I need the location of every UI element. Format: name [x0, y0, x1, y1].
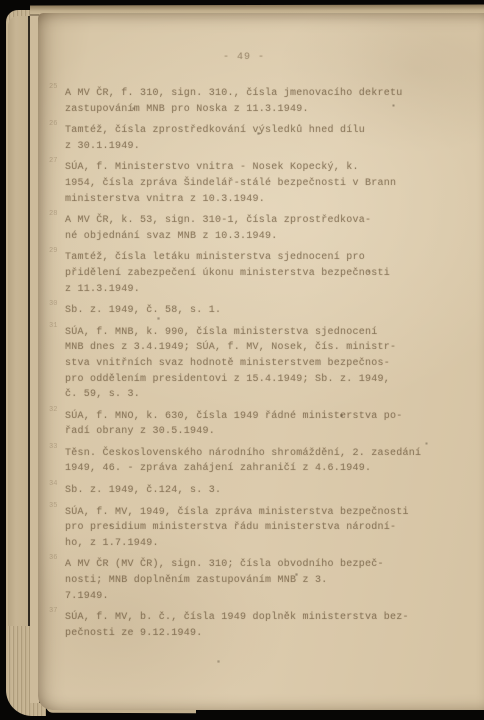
footnote-text: SÚA, f. MV, 1949, čísla zpráva ministers… [65, 505, 427, 552]
footnote-item: 35SÚA, f. MV, 1949, čísla zpráva ministe… [65, 505, 427, 552]
footnote-item: 34Sb. z. 1949, č.124, s. 3. [65, 483, 427, 499]
footnote-number: 28 [49, 210, 57, 218]
footnote-item: 28A MV ČR, k. 53, sign. 310-1, čísla zpr… [65, 213, 427, 244]
footnote-item: 27SÚA, f. Ministerstvo vnitra - Nosek Ko… [65, 160, 427, 207]
footnote-number: 32 [49, 406, 57, 414]
footnote-number: 29 [49, 247, 57, 255]
footnote-text: A MV ČR, f. 310, sign. 310., čísla jmeno… [65, 86, 427, 117]
footnote-text: Tamtéž, čísla letáku ministerstva sjedno… [65, 250, 427, 297]
footnote-item: 26Tamtéž, čísla zprostředkování výsledků… [65, 123, 427, 154]
footnote-item: 30Sb. z. 1949, č. 58, s. 1. [65, 303, 427, 319]
footnote-text: SÚA, f. Ministerstvo vnitra - Nosek Kope… [65, 160, 427, 207]
page-edge-strip [8, 16, 30, 626]
footnote-item: 25A MV ČR, f. 310, sign. 310., čísla jme… [65, 86, 427, 117]
footnote-text: A MV ČR, k. 53, sign. 310-1, čísla zpros… [65, 213, 427, 244]
footnote-text: Tamtéž, čísla zprostředkování výsledků h… [65, 123, 427, 154]
paper-dust-specks [38, 13, 39, 14]
footnote-number: 27 [49, 157, 57, 165]
footnote-text: Sb. z. 1949, č. 58, s. 1. [65, 303, 427, 319]
footnote-number: 34 [49, 480, 57, 488]
page-number: - 49 - [65, 52, 423, 63]
footnote-number: 31 [49, 322, 57, 330]
footnote-text: Těsn. Československého národního shromáž… [65, 446, 427, 477]
scanned-book-photo: - 49 - 25A MV ČR, f. 310, sign. 310., čí… [0, 0, 484, 720]
footnote-number: 26 [49, 120, 57, 128]
footnote-number: 35 [49, 502, 57, 510]
footnote-number: 30 [49, 300, 57, 308]
footnote-text: SÚA, f. MNB, k. 990, čísla ministerstva … [65, 325, 427, 403]
footnote-item: 33Těsn. Československého národního shrom… [65, 446, 427, 477]
footnote-text: SÚA, f. MV, b. č., čísla 1949 doplněk mi… [65, 610, 427, 641]
footnote-number: 37 [49, 607, 57, 615]
book-page: - 49 - 25A MV ČR, f. 310, sign. 310., čí… [38, 13, 484, 710]
footnote-text: SÚA, f. MNO, k. 630, čísla 1949 řádné mi… [65, 409, 427, 440]
footnote-text: A MV ČR (MV ČR), sign. 310; čísla obvodn… [65, 557, 427, 604]
footnote-item: 31SÚA, f. MNB, k. 990, čísla ministerstv… [65, 325, 427, 403]
footnote-number: 33 [49, 443, 57, 451]
footnote-text: Sb. z. 1949, č.124, s. 3. [65, 483, 427, 499]
footnote-item: 32SÚA, f. MNO, k. 630, čísla 1949 řádné … [65, 409, 427, 440]
footnote-item: 29Tamtéž, čísla letáku ministerstva sjed… [65, 250, 427, 297]
footnote-item: 37SÚA, f. MV, b. č., čísla 1949 doplněk … [65, 610, 427, 641]
footnote-item: 36A MV ČR (MV ČR), sign. 310; čísla obvo… [65, 557, 427, 604]
footnotes-list: 25A MV ČR, f. 310, sign. 310., čísla jme… [65, 86, 427, 647]
footnote-number: 36 [49, 554, 57, 562]
footnote-number: 25 [49, 83, 57, 91]
